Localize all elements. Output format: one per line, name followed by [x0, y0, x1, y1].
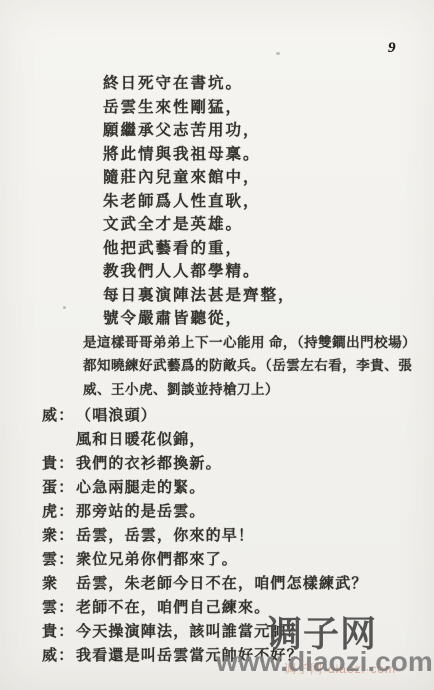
verse-line: 都知曉練好武藝爲的防敵兵。（岳雲左右看，李貴、張 [0, 354, 434, 378]
verse-line: 每日裏演陣法甚是齊整， [0, 284, 434, 308]
speaker-label: 貴： [42, 452, 76, 476]
dialog-line: 雲：衆位兄弟你們都來了。 [0, 548, 434, 572]
dialog-text: 那旁站的是岳雲。 [76, 504, 206, 520]
dialog-text: 老師不在，咱們自己練來。 [76, 600, 270, 616]
verse-line: 終日死守在書坑。 [0, 72, 434, 96]
dialog-text: 風和日暖花似錦， [76, 432, 206, 448]
verse-line: 隨莊內兒童來館中， [0, 166, 434, 190]
speaker-label: 雲： [42, 548, 76, 572]
dialog-text: （唱浪頭） [76, 408, 157, 424]
dialog-line: 貴：我們的衣衫都換新。 [0, 452, 434, 476]
verse-line: 願繼承父志苦用功， [0, 119, 434, 143]
dialog-line: 威：（唱浪頭） [0, 404, 434, 428]
scan-speck [276, 52, 280, 55]
verse-line: 教我們人人都學精。 [0, 260, 434, 284]
dialog-text: 我們的衣衫都換新。 [76, 456, 222, 472]
verse-line: 將此情與我祖母稟。 [0, 143, 434, 167]
verse-block: 終日死守在書坑。岳雲生來性剛猛，願繼承父志苦用功，將此情與我祖母稟。隨莊內兒童來… [0, 72, 434, 401]
speaker-label: 威： [42, 644, 76, 668]
speaker-label: 蛋： [42, 476, 76, 500]
speaker-label: 衆： [42, 524, 76, 548]
dialog-text: 心急兩腿走的緊。 [76, 480, 206, 496]
scanned-script-page: 9 終日死守在書坑。岳雲生來性剛猛，願繼承父志苦用功，將此情與我祖母稟。隨莊內兒… [0, 0, 434, 690]
verse-line: 朱老師爲人性直耿， [0, 190, 434, 214]
speaker-label: 衆 [42, 572, 76, 596]
speaker-label: 虎： [42, 500, 76, 524]
verse-line: 他把武藝看的重， [0, 237, 434, 261]
dialog-line: 衆岳雲，朱老師今日不在，咱們怎樣練武？ [0, 572, 434, 596]
dialog-line: 風和日暖花似錦， [0, 428, 434, 452]
verse-line: 是這樣哥哥弟弟上下一心能用 命，（持雙鐧出門校場） [0, 331, 434, 355]
page-number: 9 [388, 40, 396, 57]
verse-line: 文武全才是英雄。 [0, 213, 434, 237]
dialog-text: 衆位兄弟你們都來了。 [76, 552, 238, 568]
speaker-label: 貴： [42, 620, 76, 644]
watermark-url: www.diaozi.com [216, 646, 433, 678]
verse-line: 威、王小虎、劉談並持槍刀上） [0, 378, 434, 402]
speaker-label: 雲： [42, 596, 76, 620]
verse-line: 號令嚴肅皆聽從， [0, 307, 434, 331]
dialog-line: 蛋：心急兩腿走的緊。 [0, 476, 434, 500]
speaker-label: 威： [42, 404, 76, 428]
dialog-text: 岳雲，朱老師今日不在，咱們怎樣練武？ [76, 576, 368, 592]
dialog-text: 岳雲，岳雲，你來的早！ [76, 528, 254, 544]
verse-line: 岳雲生來性剛猛， [0, 96, 434, 120]
dialog-line: 虎：那旁站的是岳雲。 [0, 500, 434, 524]
scan-speck [63, 306, 66, 309]
dialog-line: 衆：岳雲，岳雲，你來的早！ [0, 524, 434, 548]
